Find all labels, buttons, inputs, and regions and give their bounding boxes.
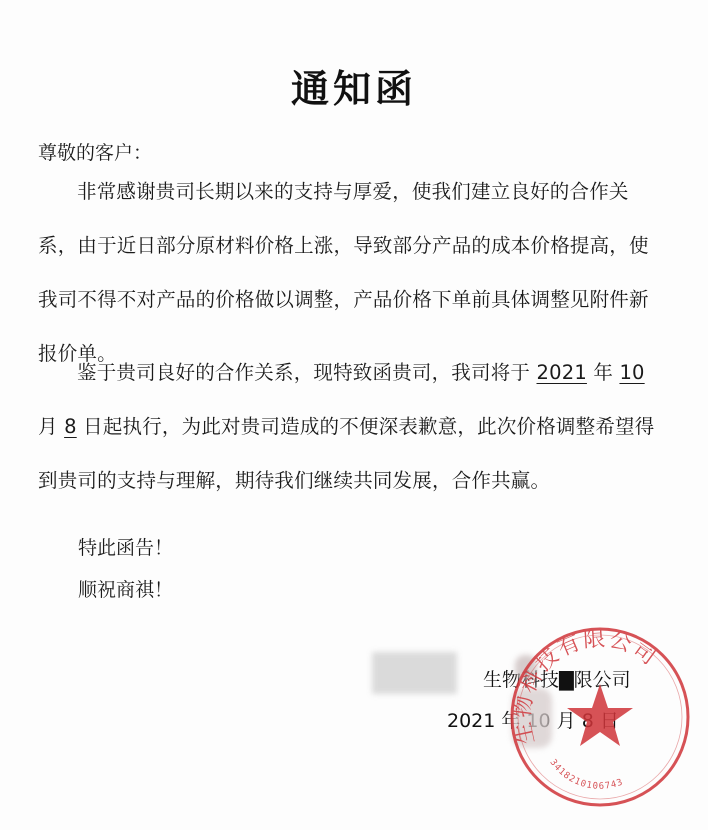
document-title: 通知函	[0, 58, 708, 113]
stamp-serial-number: 3418210106743	[547, 758, 625, 792]
effective-month: 10	[619, 361, 644, 384]
effective-year: 2021	[537, 361, 587, 384]
company-seal-icon: 生物科技有限公司 3418210106743	[505, 622, 695, 812]
paragraph-2-intro: 鉴于贵司良好的合作关系，现特致函贵司，我司将于	[77, 361, 537, 384]
redacted-region	[372, 652, 457, 694]
svg-text:3418210106743: 3418210106743	[547, 758, 625, 792]
paragraph-2-rest: 日起执行，为此对贵司造成的不便深表歉意，此次价格调整希望得到贵司的支持与理解，期…	[38, 415, 654, 492]
month-suffix: 月	[38, 415, 64, 438]
closing-line-2: 顺祝商祺！	[78, 575, 173, 602]
closing-line-1: 特此函告！	[78, 533, 173, 560]
paragraph-2: 鉴于贵司良好的合作关系，现特致函贵司，我司将于 2021 年 10 月 8 日起…	[38, 346, 658, 508]
year-suffix: 年	[587, 361, 620, 384]
effective-day: 8	[64, 415, 77, 438]
salutation: 尊敬的客户：	[38, 138, 152, 165]
